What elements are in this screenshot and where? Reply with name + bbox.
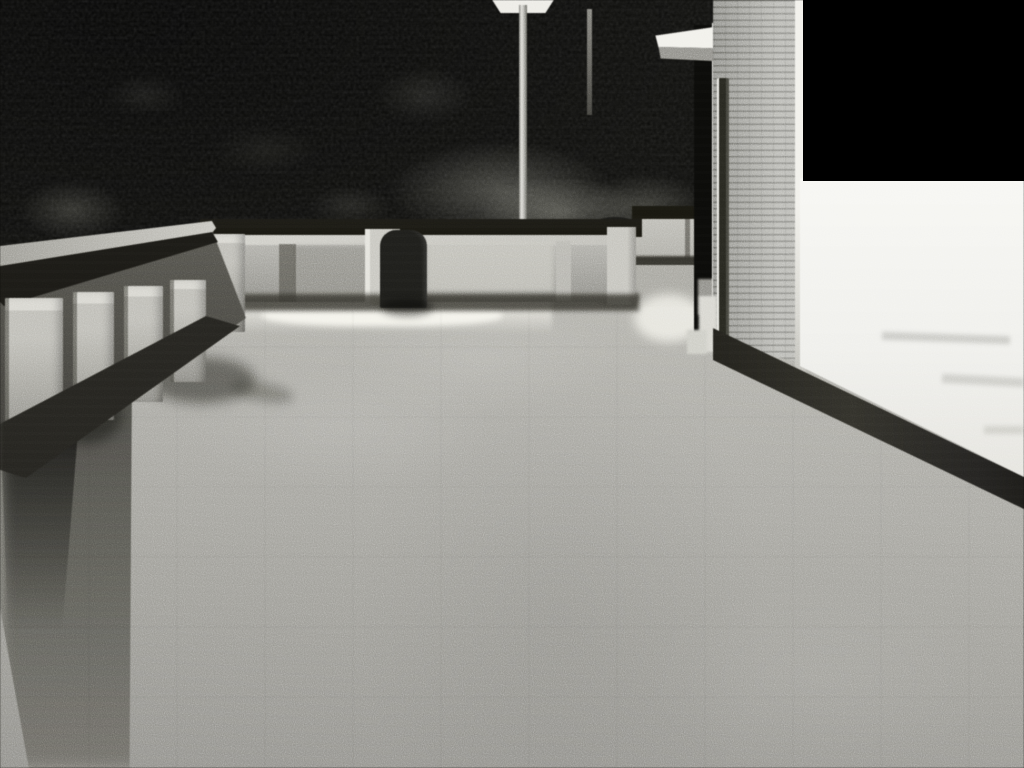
redaction-box bbox=[803, 0, 1024, 181]
scanned-photo bbox=[0, 0, 1024, 768]
